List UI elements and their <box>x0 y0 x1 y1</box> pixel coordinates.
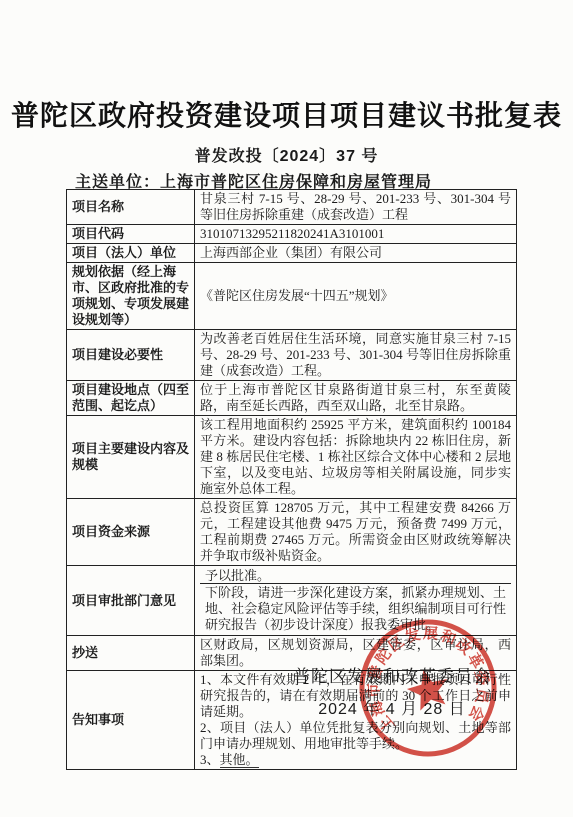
row-value-planning-basis: 《普陀区住房发展“十四五”规划》 <box>195 263 517 330</box>
official-red-seal: 上海市普陀区发展和改革委员会 <box>347 607 510 770</box>
row-value-necessity: 为改善老百姓居住生活环境，同意实施甘泉三村 7-15 号、28-29 号、201… <box>195 330 517 381</box>
table-row: 项目（法人）单位 上海西部企业（集团）有限公司 <box>67 244 517 263</box>
row-value-project-code: 31010713295211820241A3101001 <box>195 225 517 244</box>
approval-decision: 予以批准。 <box>200 567 511 583</box>
table-row: 项目建设地点（四至范围、起讫点） 位于上海市普陀区甘泉路街道甘泉三村，东至黄陵路… <box>67 381 517 416</box>
row-label-funding: 项目资金来源 <box>67 499 195 566</box>
table-row: 项目名称 甘泉三村 7-15 号、28-29 号、201-233 号、301-3… <box>67 190 517 225</box>
row-label-location: 项目建设地点（四至范围、起讫点） <box>67 381 195 416</box>
scanned-approval-document: 普陀区政府投资建设项目项目建议书批复表 普发改投〔2024〕37 号 主送单位：… <box>0 0 573 817</box>
table-row: 项目主要建设内容及规模 该工程用地面积约 25925 平方米，建筑面积约 100… <box>67 416 517 499</box>
table-row: 项目资金来源 总投资匡算 128705 万元，其中工程建安费 84266 万元，… <box>67 499 517 566</box>
table-row: 规划依据（经上海市、区政府批准的专项规划、专项发展建设规划等） 《普陀区住房发展… <box>67 263 517 330</box>
seal-star-icon <box>403 665 453 713</box>
row-label-cc: 抄送 <box>67 636 195 671</box>
row-label-notes: 告知事项 <box>67 671 195 770</box>
row-value-project-name: 甘泉三村 7-15 号、28-29 号、201-233 号、301-304 号等… <box>195 190 517 225</box>
table-row: 项目建设必要性 为改善老百姓居住生活环境，同意实施甘泉三村 7-15 号、28-… <box>67 330 517 381</box>
table-row: 项目代码 31010713295211820241A3101001 <box>67 225 517 244</box>
row-label-approval-opinion: 项目审批部门意见 <box>67 566 195 636</box>
row-label-project-code: 项目代码 <box>67 225 195 244</box>
note-item-3-underlined: 其他。 <box>220 752 259 768</box>
row-value-scope: 该工程用地面积约 25925 平方米，建筑面积约 100184 平方米。建设内容… <box>195 416 517 499</box>
row-value-legal-entity: 上海西部企业（集团）有限公司 <box>195 244 517 263</box>
row-label-necessity: 项目建设必要性 <box>67 330 195 381</box>
document-title: 普陀区政府投资建设项目项目建议书批复表 <box>0 94 573 134</box>
row-value-location: 位于上海市普陀区甘泉路街道甘泉三村，东至黄陵路，南至延长西路，西至双山路，北至甘… <box>195 381 517 416</box>
document-number: 普发改投〔2024〕37 号 <box>0 143 573 166</box>
row-value-funding: 总投资匡算 128705 万元，其中工程建安费 84266 万元，工程建设其他费… <box>195 499 517 566</box>
row-label-project-name: 项目名称 <box>67 190 195 225</box>
row-label-legal-entity: 项目（法人）单位 <box>67 244 195 263</box>
row-label-scope: 项目主要建设内容及规模 <box>67 416 195 499</box>
row-label-planning-basis: 规划依据（经上海市、区政府批准的专项规划、专项发展建设规划等） <box>67 263 195 330</box>
